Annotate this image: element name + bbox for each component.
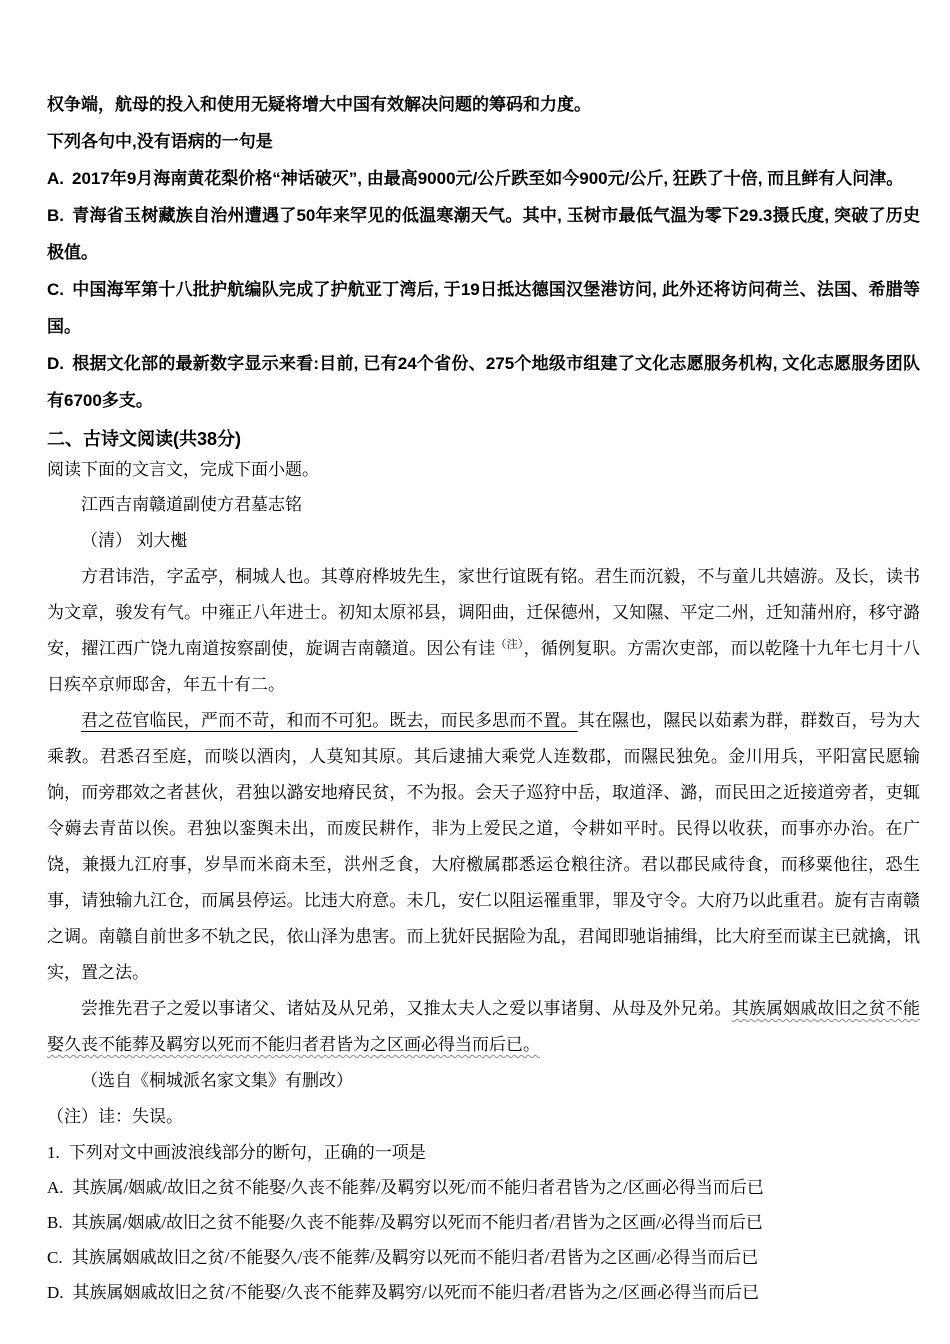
modern-question-stem: 下列各句中,没有语病的一句是 <box>47 123 920 160</box>
passage-author: （清） 刘大櫆 <box>47 523 920 559</box>
option-label: A. <box>47 169 64 188</box>
classical-passage: 江西吉南赣道副使方君墓志铭 （清） 刘大櫆 方君讳浩，字孟亭，桐城人也。其尊府桦… <box>47 487 920 1099</box>
option-text: 其族属姻戚故旧之贫/不能娶久/丧不能葬/及羁穷以死而不能归者/君皆为之区画/必得… <box>72 1248 759 1267</box>
paragraph-2-text: 其在隰也，隰民以茹素为群，群数百，号为大乘教。君悉召至庭，而啖以酒肉，人莫知其原… <box>47 711 920 982</box>
option-text: 其族属/姻戚/故旧之贫不能娶/久丧不能葬/及羁穷以死而不能归者/君皆为之区画/必… <box>72 1213 763 1232</box>
q1-option-b: B.其族属/姻戚/故旧之贫不能娶/久丧不能葬/及羁穷以死而不能归者/君皆为之区画… <box>47 1205 920 1240</box>
q1-option-a: A.其族属/姻戚/故旧之贫不能娶/久丧不能葬/及羁穷以死/而不能归者君皆为之/区… <box>47 1170 920 1205</box>
passage-paragraph-3: 尝推先君子之爱以事诸父、诸姑及从兄弟，又推太夫人之爱以事诸舅、从母及外兄弟。其族… <box>47 991 920 1063</box>
option-text: 根据文化部的最新数字显示来看:目前, 已有24个省份、275个地级市组建了文化志… <box>47 354 920 410</box>
option-label: C. <box>47 1248 63 1267</box>
section-heading: 二、古诗文阅读(共38分) <box>47 424 920 454</box>
option-label: B. <box>47 206 64 225</box>
passage-paragraph-1: 方君讳浩，字孟亭，桐城人也。其尊府桦坡先生，家世行谊既有铭。君生而沉毅，不与童儿… <box>47 559 920 703</box>
lead-sentence: 权争端，航母的投入和使用无疑将增大中国有效解决问题的筹码和力度。 <box>47 86 920 123</box>
modern-question-block: 权争端，航母的投入和使用无疑将增大中国有效解决问题的筹码和力度。 下列各句中,没… <box>47 86 920 419</box>
option-label: B. <box>47 1213 63 1232</box>
option-label: A. <box>47 1178 64 1197</box>
underlined-segment: 君之莅官临民，严而不苛，和而不可犯。既去，而民多思而不置。 <box>81 711 578 730</box>
option-text: 其族属/姻戚/故旧之贫不能娶/久丧不能葬/及羁穷以死/而不能归者君皆为之/区画必… <box>73 1178 764 1197</box>
option-text: 青海省玉树藏族自治州遭遇了50年来罕见的低温寒潮天气。其中, 玉树市最低气温为零… <box>47 206 920 262</box>
question-1-block: 1.下列对文中画波浪线部分的断句，正确的一项是 A.其族属/姻戚/故旧之贫不能娶… <box>47 1135 920 1310</box>
paragraph-3-text: 尝推先君子之爱以事诸父、诸姑及从兄弟，又推太夫人之爱以事诸舅、从母及外兄弟。 <box>81 999 732 1018</box>
q1-option-d: D.其族属姻戚故旧之贫/不能娶/久丧不能葬及羁穷/以死而不能归者/君皆为之/区画… <box>47 1275 920 1310</box>
passage-title: 江西吉南赣道副使方君墓志铭 <box>47 487 920 523</box>
modern-option-d: D.根据文化部的最新数字显示来看:目前, 已有24个省份、275个地级市组建了文… <box>47 345 920 419</box>
option-label: C. <box>47 280 64 299</box>
question-stem-text: 下列对文中画波浪线部分的断句，正确的一项是 <box>69 1143 426 1162</box>
modern-option-b: B.青海省玉树藏族自治州遭遇了50年来罕见的低温寒潮天气。其中, 玉树市最低气温… <box>47 197 920 271</box>
exam-page: 权争端，航母的投入和使用无疑将增大中国有效解决问题的筹码和力度。 下列各句中,没… <box>0 0 950 1344</box>
option-text: 中国海军第十八批护航编队完成了护航亚丁湾后, 于19日抵达德国汉堡港访问, 此外… <box>47 280 920 336</box>
passage-paragraph-2: 君之莅官临民，严而不苛，和而不可犯。既去，而民多思而不置。其在隰也，隰民以茹素为… <box>47 703 920 991</box>
footnote: （注）诖：失误。 <box>47 1099 920 1135</box>
option-label: D. <box>47 1283 64 1302</box>
question-1-stem: 1.下列对文中画波浪线部分的断句，正确的一项是 <box>47 1135 920 1170</box>
option-text: 2017年9月海南黄花梨价格“神话破灭”, 由最高9000元/公斤跌至如今900… <box>72 169 903 188</box>
q1-option-c: C.其族属姻戚故旧之贫/不能娶久/丧不能葬/及羁穷以死而不能归者/君皆为之区画/… <box>47 1240 920 1275</box>
note-superscript: （注） <box>495 638 523 650</box>
option-label: D. <box>47 354 64 373</box>
question-number: 1. <box>47 1143 60 1162</box>
section-instruction: 阅读下面的文言文，完成下面小题。 <box>47 454 920 485</box>
modern-option-a: A.2017年9月海南黄花梨价格“神话破灭”, 由最高9000元/公斤跌至如今9… <box>47 160 920 197</box>
passage-source: （选自《桐城派名家文集》有删改） <box>47 1063 920 1099</box>
option-text: 其族属姻戚故旧之贫/不能娶/久丧不能葬及羁穷/以死而不能归者/君皆为之/区画必得… <box>73 1283 760 1302</box>
modern-option-c: C.中国海军第十八批护航编队完成了护航亚丁湾后, 于19日抵达德国汉堡港访问, … <box>47 271 920 345</box>
